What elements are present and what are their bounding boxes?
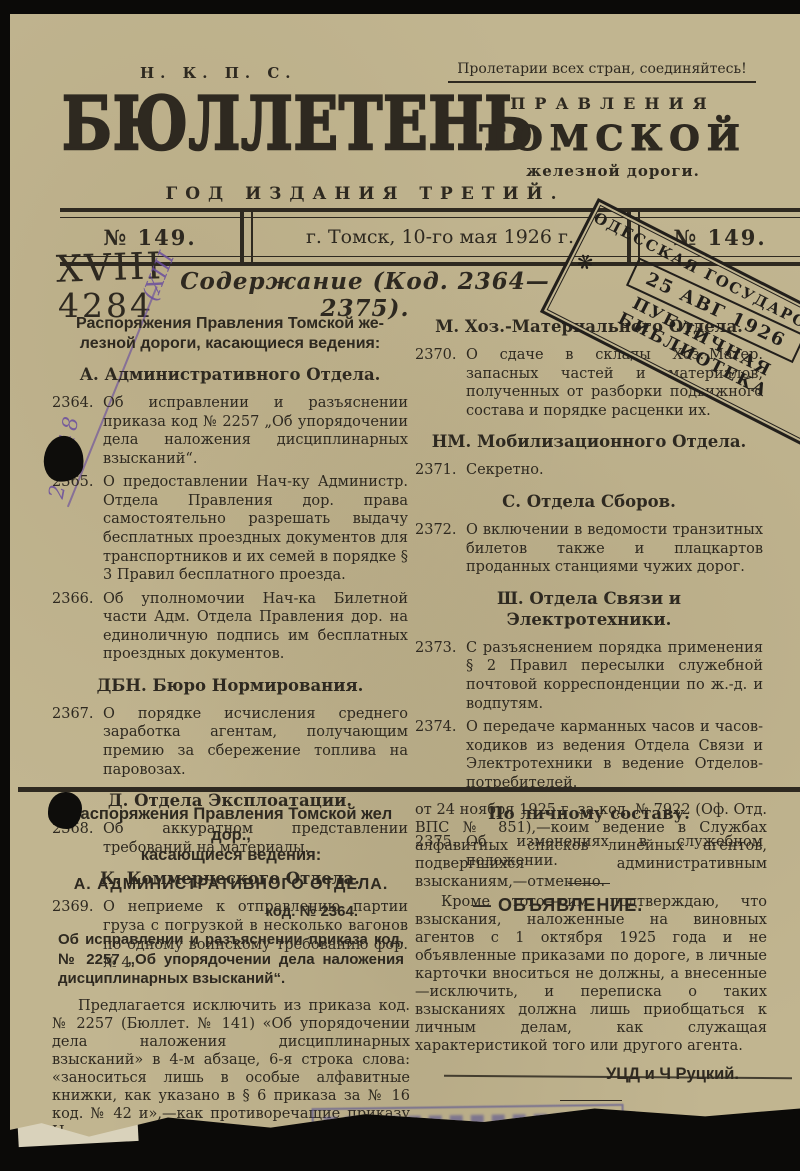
toc-entry-2364: 2364. Об исправлении и разъяснении прика… <box>52 394 408 468</box>
order-left-column: Распоряжения Правления Томской жел дор.,… <box>52 804 410 1142</box>
order-header: Распоряжения Правления Томской жел дор.,… <box>52 804 410 866</box>
toc-section-mobilizacionny: НМ. Мобилизационного Отдела. <box>415 431 763 452</box>
org-line-tomskoy: ТОМСКОЙ <box>462 118 764 159</box>
section-divider-rule <box>18 787 800 792</box>
order-section-title: А. АДМИНИСТРАТИВНОГО ОТДЕЛА. <box>52 875 410 895</box>
entry-text: Об уполномочии Нач-ка Билетной части Адм… <box>103 590 408 664</box>
toc-entry-2374: 2374. О передаче карманных часов и часов… <box>415 718 763 792</box>
org-line-railway: железной дороги. <box>462 162 764 180</box>
entry-code: 2370. <box>415 346 459 420</box>
entry-text: О передаче карманных часов и часов-ходик… <box>466 718 763 792</box>
bar-divider <box>240 212 253 262</box>
entry-text: С разъяснением порядка применения § 2 Пр… <box>466 639 763 713</box>
toc-section-sborov: С. Отдела Сборов. <box>415 491 763 512</box>
edition-year-line: ГОД ИЗДАНИЯ ТРЕТИЙ. <box>10 184 720 204</box>
entry-code: 2366. <box>52 590 96 664</box>
order-right-column: от 24 ноября 1925 г. за код. № 7922 (Оф.… <box>415 802 767 1101</box>
toc-entry-2372: 2372. О включении в ведомости транзитных… <box>415 521 763 577</box>
entry-code: 2374. <box>415 718 459 792</box>
toc-section-normirovanie: ДБН. Бюро Нормирования. <box>52 675 408 696</box>
entry-text: Секретно. <box>466 461 763 480</box>
faint-library-stamp <box>312 1104 625 1170</box>
entry-code: 2371. <box>415 461 459 480</box>
entry-code: 2372. <box>415 521 459 577</box>
entry-code: 2367. <box>52 705 96 779</box>
entry-code: 2373. <box>415 639 459 713</box>
toc-section-svyazi: Ш. Отдела Связи и Электротехники. <box>415 588 763 630</box>
toc-entry-2366: 2366. Об уполномочии Нач-ка Билетной час… <box>52 590 408 664</box>
toc-entry-2367: 2367. О порядке исчисления среднего зара… <box>52 705 408 779</box>
toc-entry-2365: 2365. О предоставлении Нач-ку Администр.… <box>52 473 408 584</box>
toc-entry-2371: 2371. Секретно. <box>415 461 763 480</box>
order-code-number: код. № 2364. <box>52 903 410 922</box>
toc-section-administrative: А. Административного Отдела. <box>52 364 408 385</box>
stamp-smudge-line <box>374 1129 542 1138</box>
paper-sheet: Н. К. П. С. Пролетарии всех стран, соеди… <box>10 14 800 1140</box>
order-paragraph-confirmation: Кроме того—сим подтверждаю, что взыскани… <box>415 894 767 1056</box>
order-paragraph-continuation: от 24 ноября 1925 г. за код. № 7922 (Оф.… <box>415 802 767 892</box>
entry-text: Об исправлении и разъяснении приказа код… <box>103 394 408 468</box>
order-paragraph: Предлагается исключить из приказа код. №… <box>52 998 410 1142</box>
entry-code: 2365. <box>52 473 96 584</box>
stamp-smudge-base <box>274 1167 654 1171</box>
entry-text: О включении в ведомости транзитных билет… <box>466 521 763 577</box>
punch-hole <box>48 792 82 829</box>
entry-text: О порядке исчисления среднего заработка … <box>103 705 408 779</box>
signature-rule <box>560 1100 622 1101</box>
contents-left-header: Распоряжения Правления Томской же- лезно… <box>52 314 408 353</box>
organization-block: ПРАВЛЕНИЯ ТОМСКОЙ железной дороги. <box>462 94 764 180</box>
entry-text: О предоставлении Нач-ку Администр. Отдел… <box>103 473 408 584</box>
proletarian-slogan: Пролетарии всех стран, соединяйтесь! <box>448 61 756 83</box>
order-subject: Об исправлении и разъяснении приказа код… <box>52 930 410 989</box>
toc-entry-2373: 2373. С разъяснением порядка применения … <box>415 639 763 713</box>
stamp-smudge-line <box>324 1113 612 1126</box>
signature-line: УЦД и Ч Руцкий. <box>415 1064 767 1084</box>
agency-abbreviation: Н. К. П. С. <box>140 64 296 82</box>
org-line-pravleniya: ПРАВЛЕНИЯ <box>462 94 764 113</box>
scanned-bulletin-page: Н. К. П. С. Пролетарии всех стран, соеди… <box>0 0 800 1171</box>
